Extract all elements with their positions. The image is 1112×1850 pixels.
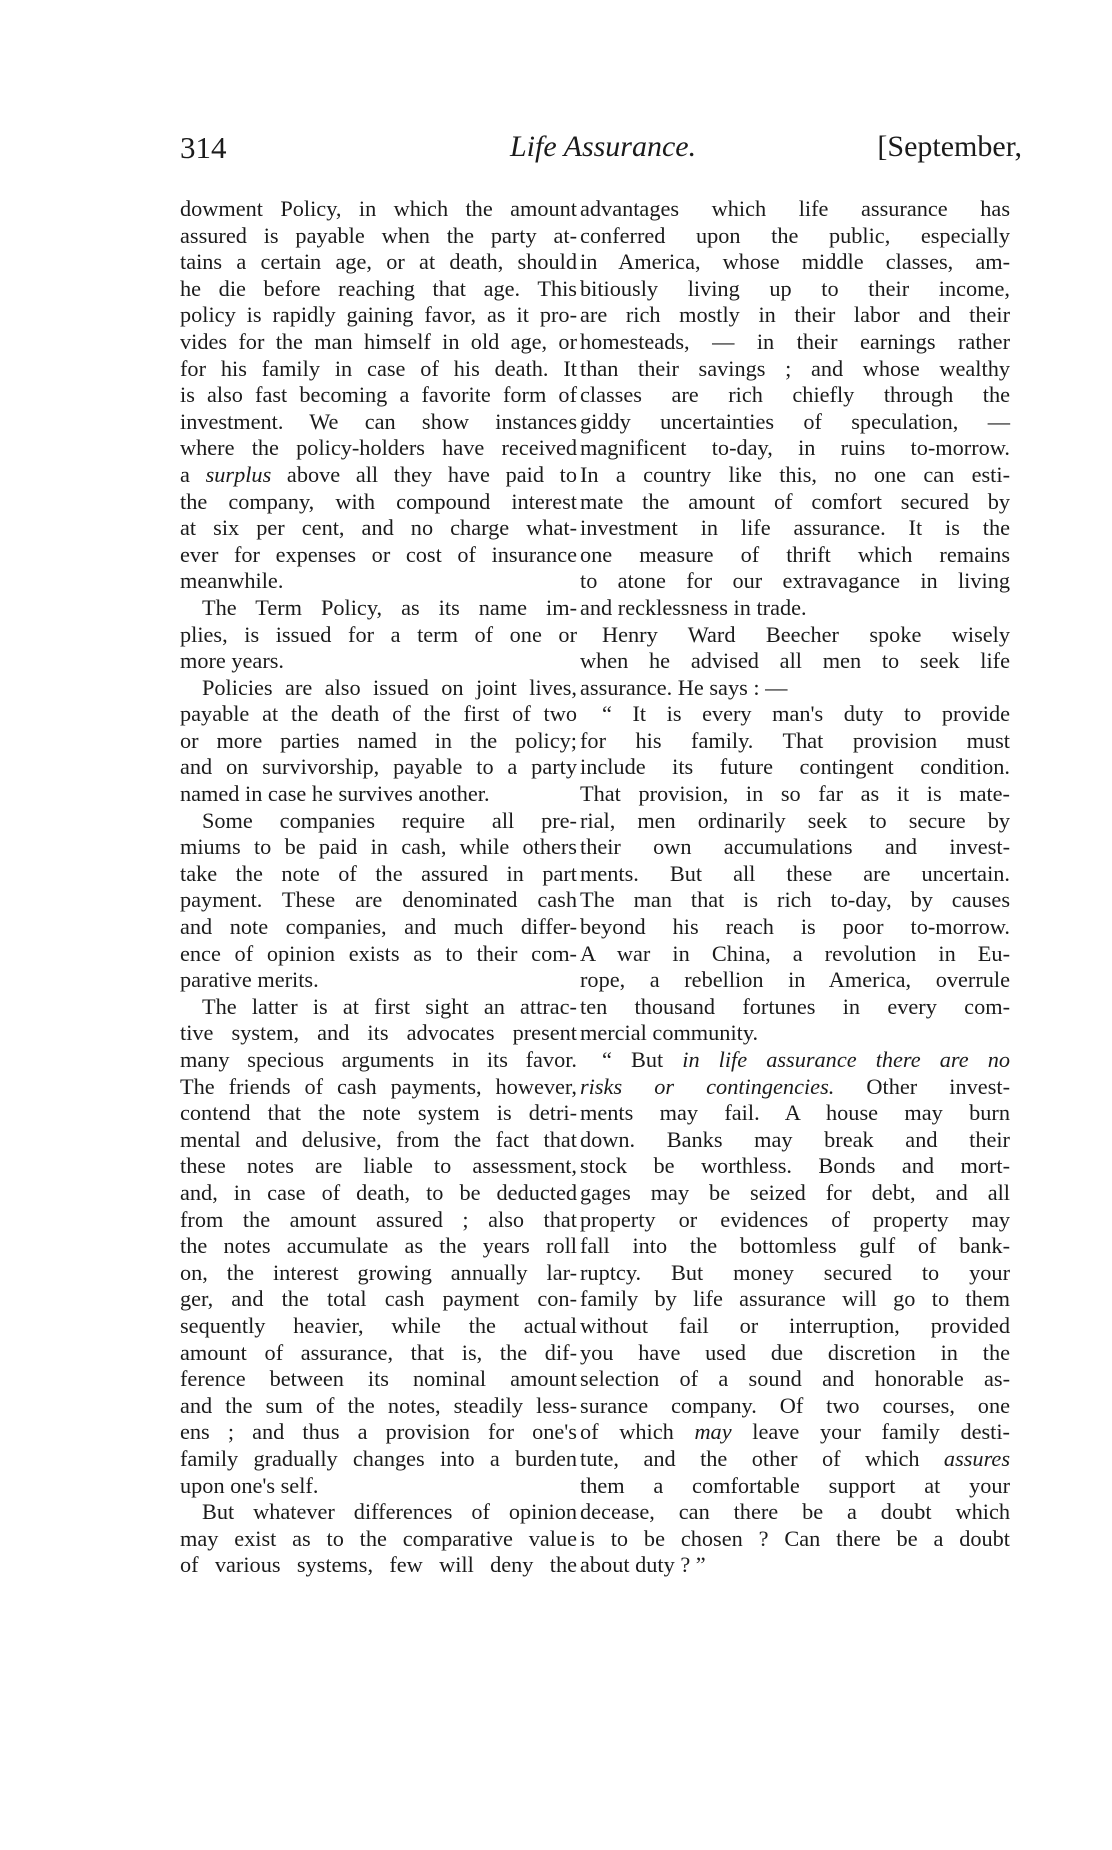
text-line: “ But in life assurance there are no <box>580 1047 1010 1074</box>
text-line: The Term Policy, as its name im- <box>180 595 577 622</box>
page-number: 314 <box>180 130 227 166</box>
text-line: fall into the bottomless gulf of bank- <box>580 1233 1010 1260</box>
text-line: advantages which life assurance has <box>580 196 1010 223</box>
text-line: bitiously living up to their income, <box>580 276 1010 303</box>
text-line: when he advised all men to seek life <box>580 648 1010 675</box>
italic-emphasis: in life assurance there are no <box>682 1047 1010 1072</box>
text-line: “ It is every man's duty to provide <box>580 701 1010 728</box>
text-line: more years. <box>180 648 577 675</box>
text-line: beyond his reach is poor to-morrow. <box>580 914 1010 941</box>
text-line: ens ; and thus a provision for one's <box>180 1419 577 1446</box>
text-line: to atone for our extravagance in living <box>580 568 1010 595</box>
text-line: Henry Ward Beecher spoke wisely <box>580 622 1010 649</box>
text-line: or more parties named in the policy; <box>180 728 577 755</box>
text-line: The friends of cash payments, however, <box>180 1074 577 1101</box>
text-line: in America, whose middle classes, am- <box>580 249 1010 276</box>
text-line: meanwhile. <box>180 568 577 595</box>
text-line: Some companies require all pre- <box>180 808 577 835</box>
text-line: without fail or interruption, provided <box>580 1313 1010 1340</box>
text-line: tive system, and its advocates present <box>180 1020 577 1047</box>
text-line: a surplus above all they have paid to <box>180 462 577 489</box>
text-line: where the policy-holders have received <box>180 435 577 462</box>
text-line: ten thousand fortunes in every com- <box>580 994 1010 1021</box>
text-line: the notes accumulate as the years roll <box>180 1233 577 1260</box>
text-line: sequently heavier, while the actual <box>180 1313 577 1340</box>
text-line: surance company. Of two courses, one <box>580 1393 1010 1420</box>
text-line: mate the amount of comfort secured by <box>580 489 1010 516</box>
text-line: But whatever differences of opinion <box>180 1499 577 1526</box>
text-line: and on survivorship, payable to a party <box>180 754 577 781</box>
text-line: assurance. He says : — <box>580 675 1010 702</box>
text-line: classes are rich chiefly through the <box>580 382 1010 409</box>
text-line: and recklessness in trade. <box>580 595 1010 622</box>
text-line: risks or contingencies. Other invest- <box>580 1074 1010 1101</box>
text-line: conferred upon the public, especially <box>580 223 1010 250</box>
text-line: and the sum of the notes, steadily less- <box>180 1393 577 1420</box>
text-line: is to be chosen ? Can there be a doubt <box>580 1526 1010 1553</box>
text-line: miums to be paid in cash, while others <box>180 834 577 861</box>
text-line: and note companies, and much differ- <box>180 914 577 941</box>
text-line: ger, and the total cash payment con- <box>180 1286 577 1313</box>
issue-month: [September, <box>877 130 1022 164</box>
text-line: amount of assurance, that is, the dif- <box>180 1340 577 1367</box>
text-line: on, the interest growing annually lar- <box>180 1260 577 1287</box>
text-line: The latter is at first sight an attrac- <box>180 994 577 1021</box>
text-line: their own accumulations and invest- <box>580 834 1010 861</box>
text-line: the company, with compound interest <box>180 489 577 516</box>
text-line: at six per cent, and no charge what- <box>180 515 577 542</box>
text-line: giddy uncertainties of speculation, — <box>580 409 1010 436</box>
text-line: may exist as to the comparative value <box>180 1526 577 1553</box>
text-line: property or evidences of property may <box>580 1207 1010 1234</box>
text-line: named in case he survives another. <box>180 781 577 808</box>
italic-emphasis: risks or contingencies. <box>580 1074 834 1099</box>
text-line: one measure of thrift which remains <box>580 542 1010 569</box>
text-line: of various systems, few will deny the <box>180 1552 577 1579</box>
text-line: for his family. That provision must <box>580 728 1010 755</box>
text-line: A war in China, a revolution in Eu- <box>580 941 1010 968</box>
text-line: many specious arguments in its favor. <box>180 1047 577 1074</box>
text-line: policy is rapidly gaining favor, as it p… <box>180 302 577 329</box>
italic-emphasis: surplus <box>206 462 272 487</box>
text-line: gages may be seized for debt, and all <box>580 1180 1010 1207</box>
text-line: investment. We can show instances <box>180 409 577 436</box>
text-line: you have used due discretion in the <box>580 1340 1010 1367</box>
text-line: The man that is rich to-day, by causes <box>580 887 1010 914</box>
text-line: tains a certain age, or at death, should <box>180 249 577 276</box>
text-line: about duty ? ” <box>580 1552 1010 1579</box>
text-line: down. Banks may break and their <box>580 1127 1010 1154</box>
text-line: payable at the death of the first of two <box>180 701 577 728</box>
text-line: these notes are liable to assessment, <box>180 1153 577 1180</box>
text-line: and, in case of death, to be deducted <box>180 1180 577 1207</box>
text-line: parative merits. <box>180 967 577 994</box>
text-line: assured is payable when the party at- <box>180 223 577 250</box>
text-line: ference between its nominal amount <box>180 1366 577 1393</box>
running-header: 314 Life Assurance. [September, <box>180 130 1020 180</box>
text-line: In a country like this, no one can esti- <box>580 462 1010 489</box>
text-line: decease, can there be a doubt which <box>580 1499 1010 1526</box>
text-line: are rich mostly in their labor and their <box>580 302 1010 329</box>
text-line: ments. But all these are uncertain. <box>580 861 1010 888</box>
text-line: tute, and the other of which assures <box>580 1446 1010 1473</box>
text-line: mercial community. <box>580 1020 1010 1047</box>
text-line: magnificent to-day, in ruins to-morrow. <box>580 435 1010 462</box>
text-line: vides for the man himself in old age, or <box>180 329 577 356</box>
text-line: That provision, in so far as it is mate- <box>580 781 1010 808</box>
text-line: dowment Policy, in which the amount <box>180 196 577 223</box>
text-line: payment. These are denominated cash <box>180 887 577 914</box>
text-line: include its future contingent condition. <box>580 754 1010 781</box>
text-line: stock be worthless. Bonds and mort- <box>580 1153 1010 1180</box>
text-line: ruptcy. But money secured to your <box>580 1260 1010 1287</box>
text-line: Policies are also issued on joint lives, <box>180 675 577 702</box>
text-line: them a comfortable support at your <box>580 1473 1010 1500</box>
text-line: family by life assurance will go to them <box>580 1286 1010 1313</box>
text-line: ments may fail. A house may burn <box>580 1100 1010 1127</box>
italic-emphasis: may <box>694 1419 731 1444</box>
italic-emphasis: assures <box>944 1446 1010 1471</box>
right-text-column: advantages which life assurance hasconfe… <box>580 196 1010 1579</box>
text-line: rope, a rebellion in America, overrule <box>580 967 1010 994</box>
text-line: family gradually changes into a burden <box>180 1446 577 1473</box>
text-line: mental and delusive, from the fact that <box>180 1127 577 1154</box>
text-line: than their savings ; and whose wealthy <box>580 356 1010 383</box>
text-line: contend that the note system is detri- <box>180 1100 577 1127</box>
text-line: of which may leave your family desti- <box>580 1419 1010 1446</box>
text-line: ever for expenses or cost of insurance <box>180 542 577 569</box>
text-line: selection of a sound and honorable as- <box>580 1366 1010 1393</box>
text-line: plies, is issued for a term of one or <box>180 622 577 649</box>
text-line: upon one's self. <box>180 1473 577 1500</box>
text-line: is also fast becoming a favorite form of <box>180 382 577 409</box>
running-title: Life Assurance. <box>510 130 696 164</box>
text-line: rial, men ordinarily seek to secure by <box>580 808 1010 835</box>
text-line: take the note of the assured in part <box>180 861 577 888</box>
text-line: he die before reaching that age. This <box>180 276 577 303</box>
text-line: investment in life assurance. It is the <box>580 515 1010 542</box>
text-line: ence of opinion exists as to their com- <box>180 941 577 968</box>
text-line: homesteads, — in their earnings rather <box>580 329 1010 356</box>
left-text-column: dowment Policy, in which the amountassur… <box>180 196 577 1579</box>
text-line: for his family in case of his death. It <box>180 356 577 383</box>
text-line: from the amount assured ; also that <box>180 1207 577 1234</box>
